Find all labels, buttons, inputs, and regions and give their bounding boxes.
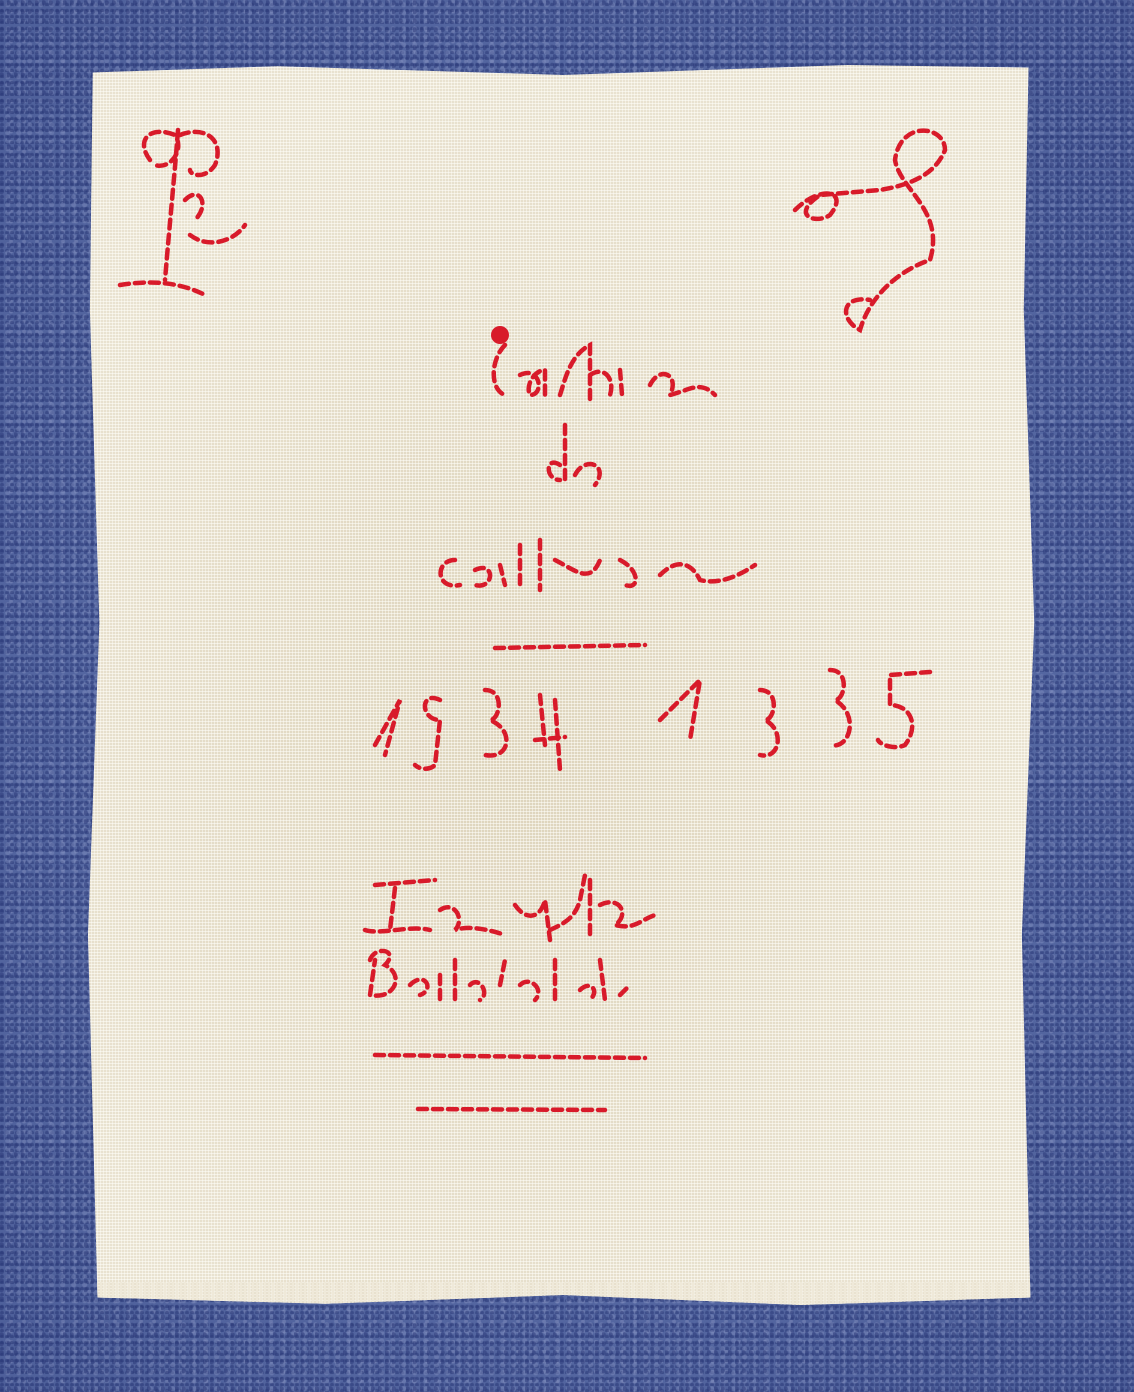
monogram-pb [120,130,245,295]
title-de [549,425,600,485]
name-barthelet [370,951,630,1000]
title-couture [441,540,755,590]
stitched-rule-3 [418,1109,605,1110]
title-cahier [491,326,715,400]
red-stitching [0,0,1134,1392]
stitched-rule-1 [495,645,645,648]
stitched-rule-2 [375,1055,645,1058]
years-stitch [375,670,930,770]
monogram-j [795,131,945,330]
name-paulette [365,875,655,940]
